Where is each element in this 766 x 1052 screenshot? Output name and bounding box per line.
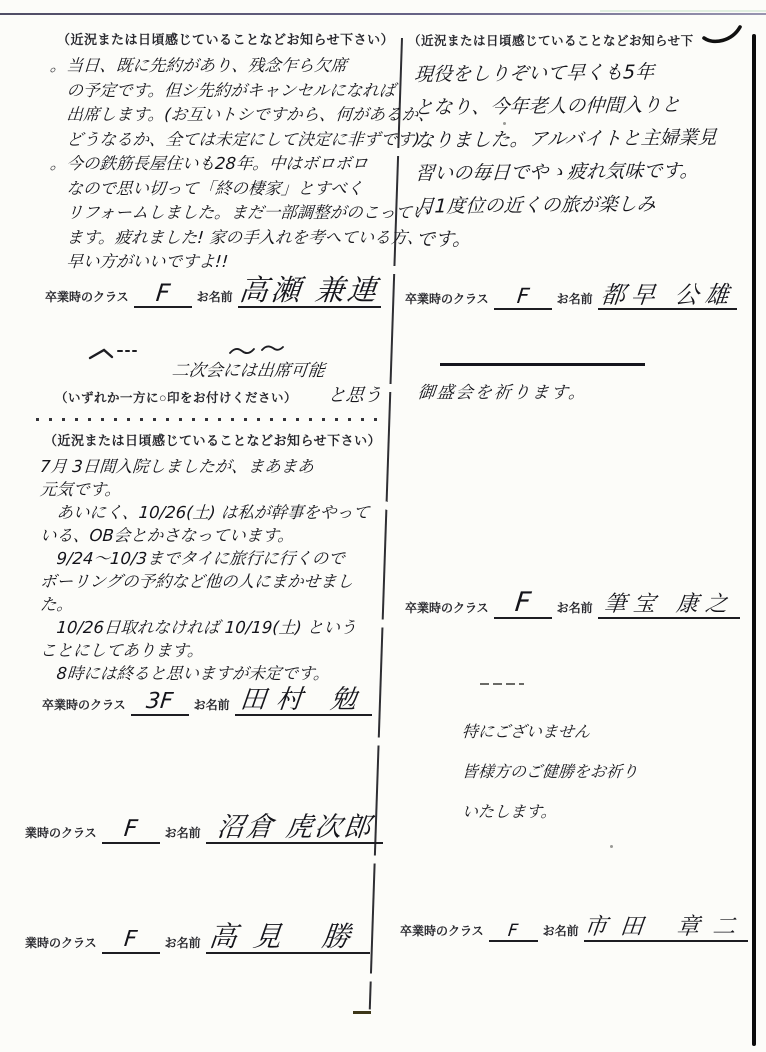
scan-dash-mark [480,683,524,685]
handwritten-line: 元気です。 [39,478,387,501]
name-value: 沼倉 虎次郎 [215,815,373,842]
class-label: 卒業時のクラス [400,922,484,939]
name-label: お名前 [543,922,579,939]
handwritten-line: 月1度位の近くの旅が楽しみ [415,187,749,223]
comment-text-right-entry1: 現役をしりぞいて早くも5年となり、今年老人の仲間入りとなりました。アルバイトと主… [414,55,748,256]
handwritten-line: の予定です。但シ先約がキャンセルになれば [49,79,387,104]
handwritten-line: 早い方がいいですよ!! [49,250,387,275]
prompt-label: （近況または日頃感じていることなどお知らせ下さい） [57,29,394,48]
strike-squiggle-icon [228,344,292,356]
page-number-dash [353,1011,371,1014]
handwritten-line: た。 [39,593,387,616]
class-value: 3F [145,692,174,714]
class-field: F [494,287,552,310]
signature-row: 業時のクラス F お名前 沼倉 虎次郎 [25,812,383,844]
signature-row: 卒業時のクラス F お名前 筆宝 康之 [405,585,740,619]
name-value: 高瀬 兼連 [238,277,381,306]
class-label: 業時のクラス [25,824,97,841]
class-field: F [489,923,538,942]
signature-row: 卒業時のクラス F お名前 都早 公雄 [405,280,737,310]
handwritten-line: 7月 3日間入院しましたが、まあまあ [39,455,387,478]
scan-top-edge-tint [600,10,766,12]
prompt-label: （近況または日頃感じていることなどお知らせ下さい） [44,430,381,449]
handwritten-line: どうなるか、全ては未定にして決定に非ずです) [49,128,387,153]
class-field: F [134,282,192,308]
class-value: F [154,282,170,306]
handwritten-line: 現役をしりぞいて早くも5年 [413,55,747,91]
name-field: 都早 公雄 [598,284,737,310]
comment-text-right-entry3: 特にございません皆様方のご健勝をお祈りいたします。 [462,712,732,832]
name-field: 田村 勉 [235,688,372,716]
class-field: F [102,819,160,844]
handwritten-line: なので思い切って「終の棲家」とすべく [49,177,387,202]
class-value: F [516,287,530,308]
name-field: 高瀬 兼連 [238,277,381,308]
signature-row: 卒業時のクラス F お名前 市田 章二 [400,910,748,942]
attendance-note: 二次会には出席可能 [171,356,327,381]
class-label: 卒業時のクラス [405,599,489,616]
name-value: 筆宝 康之 [603,595,735,617]
handwritten-line: 8時には終ると思いますが未定です。 [39,662,387,685]
name-field: 高見 勝 [206,924,370,954]
scribble-mark-icon [88,346,140,366]
class-label: 卒業時のクラス [42,696,126,713]
attendance-note-suffix: と思う [327,381,384,407]
class-value: F [513,590,531,617]
handwritten-line: いる、OB会とかさなっています。 [39,524,387,547]
comment-text-entry1: 。当日、既に先約があり、残念乍ら欠席 の予定です。但シ先約がキャンセルになれば … [50,54,386,275]
signature-row: 業時のクラス F お名前 高見 勝 [25,922,370,954]
handwritten-line: 。今の鉄筋長屋住いも28年。中はボロボロ [49,152,387,177]
handwritten-line: 9/24〜10/3までタイに旅行に行くので [39,547,387,570]
handwritten-line: 皆様方のご健勝をお祈り [461,752,734,792]
name-label: お名前 [194,696,230,713]
class-label: 卒業時のクラス [45,288,129,305]
scanned-questionnaire-page: （近況または日頃感じていることなどお知らせ下さい） 。当日、既に先約があり、残念… [0,0,766,1052]
class-value: F [507,923,519,940]
signature-row: 卒業時のクラス F お名前 高瀬 兼連 [45,278,381,308]
signature-row: 卒業時のクラス 3F お名前 田村 勉 [42,686,372,716]
handwritten-line: となり、今年老人の仲間入りと [414,88,748,124]
class-value: F [123,819,139,842]
name-value: 市田 章二 [582,917,749,940]
handwritten-line: ます。疲れました! 家の手入れを考へている方、 [49,226,387,251]
name-label: お名前 [557,290,593,307]
scan-stray-line [440,363,645,366]
class-label: 業時のクラス [25,934,97,951]
handwritten-line: 。当日、既に先約があり、残念乍ら欠席 [49,54,387,79]
handwritten-line: 習いの毎日でやゝ疲れ気味です。 [414,154,748,190]
handwritten-line: リフォームしました。まだ一部調整がのこってい [49,201,387,226]
class-label: 卒業時のクラス [405,290,489,307]
handwritten-line: ことにしてあります。 [39,639,387,662]
comment-text-right-entry2: 御盛会を祈ります。 [417,378,589,403]
class-field: F [494,590,552,619]
handwritten-line: 10/26日取れなければ 10/19(土) という [39,616,387,639]
prompt-label-truncated: （近況または日頃感じていることなどお知らせ下 [408,31,694,49]
class-field: 3F [131,692,189,716]
name-field: 筆宝 康之 [598,595,740,619]
name-value: 都早 公雄 [599,284,735,308]
name-label: お名前 [165,824,201,841]
scan-top-edge-line [0,13,766,15]
class-field: F [102,930,160,954]
name-label: お名前 [557,599,593,616]
circle-instruction-label: （いずれか一方に○印をお付けください） [55,388,297,406]
name-value: 高見 勝 [208,924,368,952]
comment-text-entry2: 7月 3日間入院しましたが、まあまあ元気です。 あいにく、10/26(土) は私… [40,455,386,685]
name-label: お名前 [197,288,233,305]
scan-speck [610,845,613,848]
name-field: 市田 章二 [584,917,748,942]
hook-mark-icon [700,24,744,48]
handwritten-line: 出席します。(お互いトシですから、何があるか、 [49,103,387,128]
handwritten-line: いたします。 [461,792,734,832]
scan-right-edge-bar [752,34,756,1046]
handwritten-line: あいにく、10/26(土) は私が幹事をやって [39,501,387,524]
name-field: 沼倉 虎次郎 [206,815,383,844]
dotted-separator [36,418,384,421]
handwritten-line: 特にございません [461,712,734,752]
name-value: 田村 勉 [239,688,368,714]
class-value: F [123,930,138,952]
handwritten-line: なりました。アルバイトと主婦業見 [414,121,748,157]
handwritten-line: です。 [415,220,749,256]
handwritten-line: ボーリングの予約など他の人にまかせまし [39,570,387,593]
name-label: お名前 [165,934,201,951]
